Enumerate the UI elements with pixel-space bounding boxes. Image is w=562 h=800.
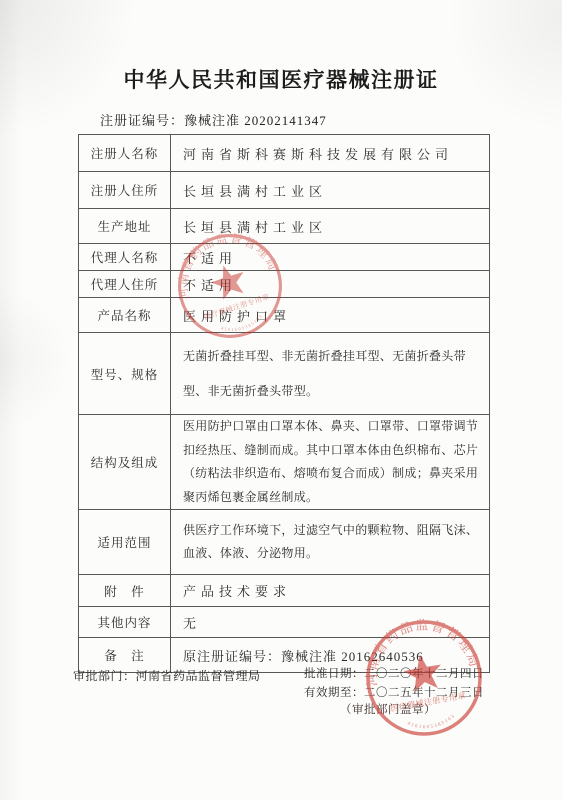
- row-label: 其他内容: [79, 607, 171, 637]
- row-label: 注册人名称: [79, 135, 171, 171]
- table-row-scope-of-use: 适用范围 供医疗工作环境下，过滤空气中的颗粒物、阻隔飞沫、血液、体液、分泌物用。: [79, 510, 489, 575]
- row-value: 供医疗工作环境下，过滤空气中的颗粒物、阻隔飞沫、血液、体液、分泌物用。: [171, 510, 489, 574]
- registration-number-value: 豫械注准 20202141347: [184, 113, 327, 128]
- table-row-structure-composition: 结构及组成 医用防护口罩由口罩本体、鼻夹、口罩带、口罩带调节扣经热压、缝制而成。…: [79, 415, 489, 510]
- registration-number-line: 注册证编号：豫械注准 20202141347: [100, 110, 327, 129]
- approval-department-label: 审批部门：: [73, 669, 136, 683]
- row-value: 无菌折叠挂耳型、非无菌折叠挂耳型、无菌折叠头带型、非无菌折叠头带型。: [171, 333, 489, 414]
- registration-number-label: 注册证编号：: [100, 113, 184, 128]
- row-label: 附 件: [79, 575, 171, 606]
- row-label: 产品名称: [79, 298, 171, 332]
- table-row-model-spec: 型号、规格 无菌折叠挂耳型、非无菌折叠挂耳型、无菌折叠头带型、非无菌折叠头带型。: [79, 333, 489, 415]
- table-row-attachment: 附 件 产品技术要求: [79, 575, 489, 607]
- row-value: 不适用: [171, 244, 489, 270]
- row-label: 生产地址: [79, 209, 171, 243]
- row-value: 不适用: [171, 271, 489, 297]
- row-value: 医用防护口罩: [171, 298, 489, 332]
- valid-until-value: 二〇二五年十二月三日: [364, 687, 484, 699]
- date-block: 批准日期：二〇二〇年十二月四日 有效期至：二〇二五年十二月三日: [304, 665, 484, 702]
- row-value: 产品技术要求: [171, 575, 489, 606]
- table-row-product-name: 产品名称 医用防护口罩: [79, 298, 489, 333]
- row-label: 适用范围: [79, 510, 171, 574]
- approval-department-line: 审批部门：河南省药品监督管理局: [73, 667, 261, 684]
- row-label: 注册人住所: [79, 172, 171, 208]
- approval-date-value: 二〇二〇年十二月四日: [364, 668, 484, 680]
- approval-department-value: 河南省药品监督管理局: [136, 669, 261, 683]
- row-value: 长垣县满村工业区: [171, 209, 489, 243]
- row-value: 无: [171, 607, 489, 637]
- row-value: 河南省斯科赛斯科技发展有限公司: [171, 135, 489, 171]
- certificate-table: 注册人名称 河南省斯科赛斯科技发展有限公司 注册人住所 长垣县满村工业区 生产地…: [78, 134, 490, 673]
- table-row-agent-name: 代理人名称 不适用: [79, 244, 489, 271]
- row-label: 代理人住所: [79, 271, 171, 297]
- table-row-registrant-name: 注册人名称 河南省斯科赛斯科技发展有限公司: [79, 135, 489, 172]
- row-label: 型号、规格: [79, 333, 171, 414]
- certificate-page: 中华人民共和国医疗器械注册证 注册证编号：豫械注准 20202141347 注册…: [0, 0, 562, 800]
- approval-date-label: 批准日期：: [304, 668, 364, 680]
- table-row-other-content: 其他内容 无: [79, 607, 489, 638]
- table-row-agent-address: 代理人住所 不适用: [79, 271, 489, 298]
- seal-here-note: （审批部门盖章）: [340, 701, 436, 717]
- row-label: 代理人名称: [79, 244, 171, 270]
- table-row-production-address: 生产地址 长垣县满村工业区: [79, 209, 489, 244]
- table-row-registrant-address: 注册人住所 长垣县满村工业区: [79, 172, 489, 209]
- page-title: 中华人民共和国医疗器械注册证: [0, 64, 562, 94]
- valid-until-label: 有效期至：: [304, 687, 364, 699]
- approval-date-line: 批准日期：二〇二〇年十二月四日: [304, 665, 484, 684]
- row-value: 长垣县满村工业区: [171, 172, 489, 208]
- row-label: 结构及组成: [79, 415, 171, 509]
- valid-until-line: 有效期至：二〇二五年十二月三日: [304, 684, 484, 703]
- row-value: 医用防护口罩由口罩本体、鼻夹、口罩带、口罩带调节扣经热压、缝制而成。其中口罩本体…: [171, 415, 489, 509]
